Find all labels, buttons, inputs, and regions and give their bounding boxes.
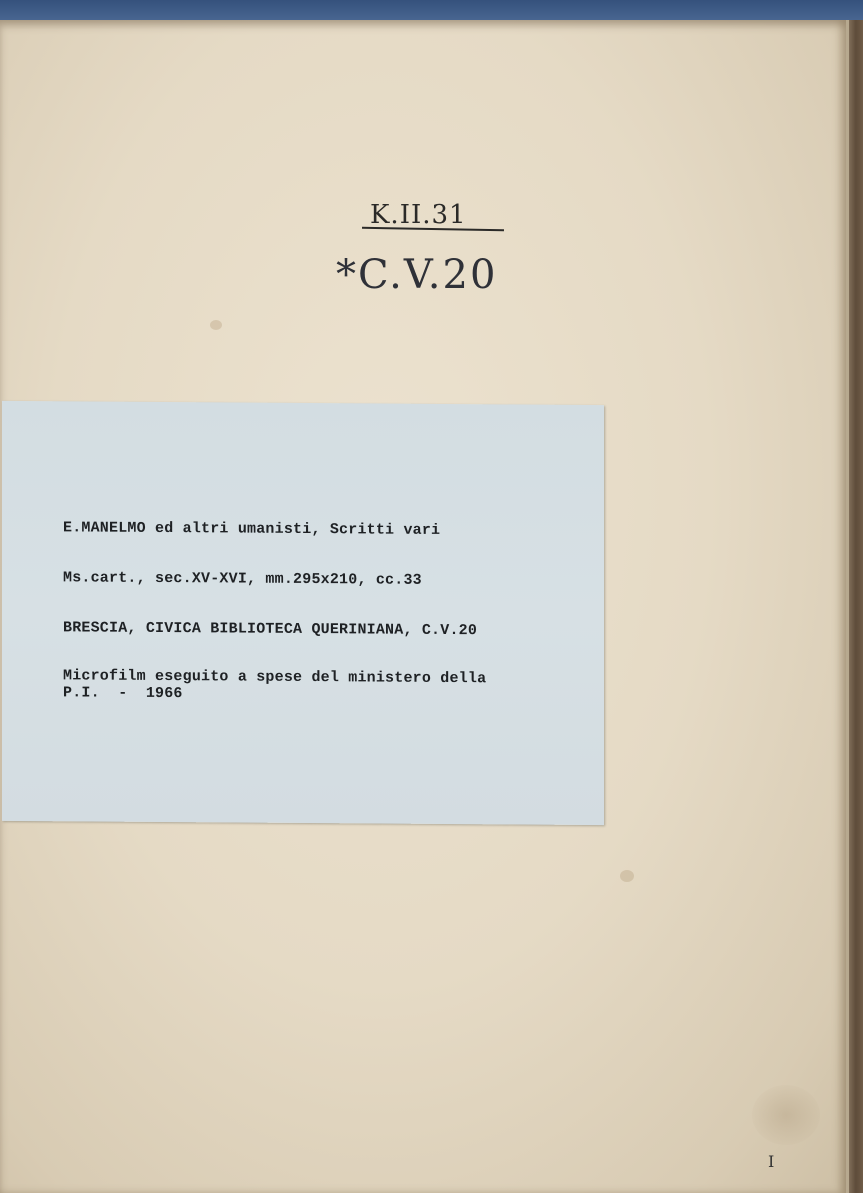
old-shelfmark: K.II.31 [370,200,467,230]
strikethrough-line [362,227,504,231]
label-description-line: Ms.cart., sec.XV-XVI, mm.295x210, cc.33 [63,569,422,589]
stain [210,320,222,330]
label-title-line: E.MANELMO ed altri umanisti, Scritti var… [63,519,440,539]
manuscript-cover: K.II.31 *C.V.20 E.MANELMO ed altri umani… [0,20,849,1193]
library-stamp [752,1085,820,1145]
page-number: I [768,1152,774,1171]
new-shelfmark: *C.V.20 [336,252,497,298]
label-location-line: BRESCIA, CIVICA BIBLIOTECA QUERINIANA, C… [63,619,477,639]
catalog-label-card: E.MANELMO ed altri umanisti, Scritti var… [2,401,604,825]
label-microfilm-line: Microfilm eseguito a spese del ministero… [63,667,486,704]
background-strip [0,0,863,22]
stain [620,870,634,882]
